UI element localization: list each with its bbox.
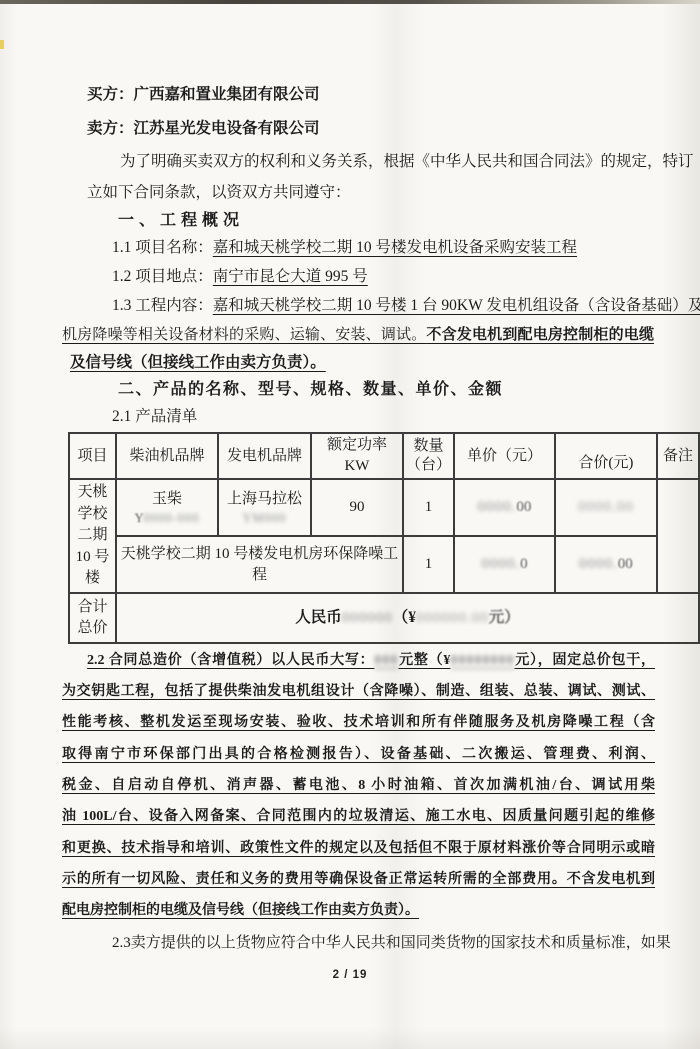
- scan-speck-artifact: [0, 40, 4, 49]
- col-header-generator-brand: 发电机品牌: [218, 433, 311, 479]
- sum-currency-prefix: 人民币: [295, 609, 342, 626]
- col-header-unit-price: 单价（元）: [454, 433, 555, 479]
- cell-sum-label: 合计 总价: [69, 593, 116, 643]
- table-header-row: 项目 柴油机品牌 发电机品牌 额定功率 KW 数量 （台） 单价（元） 合价(元…: [69, 433, 699, 479]
- item-1-3-value-2a: 机房降噪等相关设备材料的采购、运输、安装、调试。: [62, 327, 426, 343]
- intro-line-1: 为了明确买卖双方的权利和义务关系，根据《中华人民共和国合同法》的规定，特订: [120, 151, 694, 173]
- diesel-brand-name: 玉柴: [119, 489, 215, 510]
- product-table: 项目 柴油机品牌 发电机品牌 额定功率 KW 数量 （台） 单价（元） 合价(元…: [68, 432, 700, 644]
- cell-unit-price-1-redacted: 0000.00: [454, 479, 555, 536]
- diesel-model-redacted: Y0000-000: [119, 510, 215, 526]
- col-header-rated-power: 额定功率 KW: [311, 433, 403, 479]
- clause-2-2-line3: 性能考核、整机发运至现场安装、验收、技术培训和所有伴随服务及机房降噪工程（含: [62, 712, 655, 734]
- clause-2-2-line1: 2.2 合同总造价（含增值税）以人民币大写：000元整（¥00000000元），…: [87, 650, 655, 672]
- col-header-total-price-text: 合价(元): [578, 453, 633, 474]
- item-1-1: 1.1 项目名称：嘉和城天桃学校二期 10 号楼发电机设备采购安装工程: [112, 237, 577, 259]
- cell-unit-price-2-redacted: 0000.0: [454, 536, 555, 593]
- cell-total-price-1-redacted: 0000.00: [555, 479, 657, 536]
- col-header-diesel-brand: 柴油机品牌: [116, 433, 218, 479]
- cell-noise-project-desc: 天桃学校二期 10 号楼发电机房环保降噪工程: [116, 536, 403, 593]
- item-1-3-line1: 1.3 工程内容：嘉和城天桃学校二期 10 号楼 1 台 90KW 发电机组设备…: [112, 295, 700, 317]
- clause-2-2-line9: 配电房控制柜的电缆及信号线（但接线工作由卖方负责）。: [62, 900, 419, 922]
- cell-total-price-2-redacted: 0000.00: [555, 536, 657, 593]
- sum-amount-redacted: 000000.00: [416, 610, 489, 626]
- cell-quantity-2: 1: [403, 536, 454, 593]
- item-1-3-value-1: 嘉和城天桃学校二期 10 号楼 1 台 90KW 发电机组设备（含设备基础）及: [213, 297, 700, 314]
- col-header-item: 项目: [69, 433, 116, 479]
- page-number: 2 / 19: [0, 969, 700, 981]
- clause-2-2-caps-redacted: 000: [374, 653, 398, 668]
- clause-2-2-line5: 税金、自启动自停机、消声器、蓄电池、8 小时油箱、首次加满机油/台、调试用柴: [62, 775, 655, 797]
- item-1-2-value: 南宁市昆仑大道 995 号: [213, 268, 368, 285]
- seller-line: 卖方：江苏星光发电设备有限公司: [87, 118, 320, 140]
- clause-2-2-line1-mid: 元整（¥: [398, 653, 450, 668]
- section2-heading: 二、产品的名称、型号、规格、数量、单价、金额: [118, 379, 503, 401]
- contract-scan-page: 买方：广西嘉和置业集团有限公司 卖方：江苏星光发电设备有限公司 为了明确买卖双方…: [0, 0, 700, 1049]
- clause-2-2-line2: 为交钥匙工程，包括了提供柴油发电机组设计（含降噪）、制造、组装、总装、调试、测试…: [62, 681, 655, 703]
- sum-suffix: 元）: [489, 609, 520, 626]
- col-header-total-price: 合价(元): [555, 433, 657, 479]
- table-row-grand-total: 合计 总价 人民币000000（¥000000.00元）: [69, 593, 699, 643]
- item-1-3-label: 1.3 工程内容：: [112, 297, 213, 314]
- cell-diesel-brand: 玉柴 Y0000-000: [116, 479, 218, 536]
- sum-caps-redacted: 000000: [342, 610, 393, 626]
- clause-2-2-amount-redacted: 00000000: [450, 653, 514, 668]
- col-header-remark: 备注: [657, 433, 699, 479]
- clause-2-2-line1-pre: 合同总造价（含增值税）以人民币大写：: [109, 653, 375, 668]
- item-1-1-label: 1.1 项目名称：: [112, 239, 213, 256]
- sum-paren-yen: （¥: [393, 609, 416, 626]
- cell-project: 天桃 学校 二期 10 号 楼: [69, 479, 116, 593]
- item-1-2: 1.2 项目地点：南宁市昆仑大道 995 号: [112, 266, 368, 288]
- item-1-3-line3: 及信号线（但接线工作由卖方负责）。: [70, 352, 326, 374]
- clause-2-3: 2.3卖方提供的以上货物应符合中华人民共和国同类货物的国家技术和质量标准，如果: [112, 932, 671, 954]
- item-1-1-value: 嘉和城天桃学校二期 10 号楼发电机设备采购安装工程: [213, 239, 577, 256]
- intro-line-2: 立如下合同条款，以资双方共同遵守：: [87, 182, 351, 204]
- item-1-3-line2: 机房降噪等相关设备材料的采购、运输、安装、调试。不含发电机到配电房控制柜的电缆: [62, 324, 654, 346]
- clause-2-2-line4: 取得南宁市环保部门出具的合格检测报告）、设备基础、二次搬运、管理费、利润、: [62, 744, 655, 766]
- generator-brand-name: 上海马拉松: [221, 489, 308, 510]
- section2-sub: 2.1 产品清单: [112, 406, 197, 428]
- scan-edge-artifact: [0, 0, 700, 4]
- clause-2-2-line8: 示的所有一切风险、责任和义务的费用等确保设备正常运转所需的全部费用。不含发电机到: [62, 869, 655, 891]
- cell-remark: [657, 479, 699, 593]
- col-header-quantity: 数量 （台）: [403, 433, 454, 479]
- cell-quantity-1: 1: [403, 479, 454, 536]
- clause-2-2-line6: 油 100L/台、设备入网备案、合同范围内的垃圾清运、施工水电、因质量问题引起的…: [62, 806, 655, 828]
- cell-rated-power: 90: [311, 479, 403, 536]
- cell-sum-value: 人民币000000（¥000000.00元）: [116, 593, 699, 643]
- item-1-3-value-2b: 不含发电机到配电房控制柜的电缆: [426, 327, 654, 343]
- clause-2-2-line1-post: 元），固定总价包干，: [514, 653, 655, 668]
- item-1-2-label: 1.2 项目地点：: [112, 268, 213, 285]
- clause-2-2-line7: 和更换、技术指导和培训、政策性文件的规定以及包括但不限于原材料涨价等合同明示或暗: [62, 838, 655, 860]
- cell-generator-brand: 上海马拉松 YM000: [218, 479, 311, 536]
- buyer-line: 买方：广西嘉和置业集团有限公司: [87, 84, 320, 106]
- section1-heading: 一、工程概况: [118, 210, 244, 232]
- clause-2-2-number: 2.2: [87, 653, 109, 668]
- table-row-noise-project: 天桃学校二期 10 号楼发电机房环保降噪工程 1 0000.0 0000.00: [69, 536, 699, 593]
- generator-model-redacted: YM000: [221, 510, 308, 526]
- table-row-generator: 天桃 学校 二期 10 号 楼 玉柴 Y0000-000 上海马拉松 YM000…: [69, 479, 699, 536]
